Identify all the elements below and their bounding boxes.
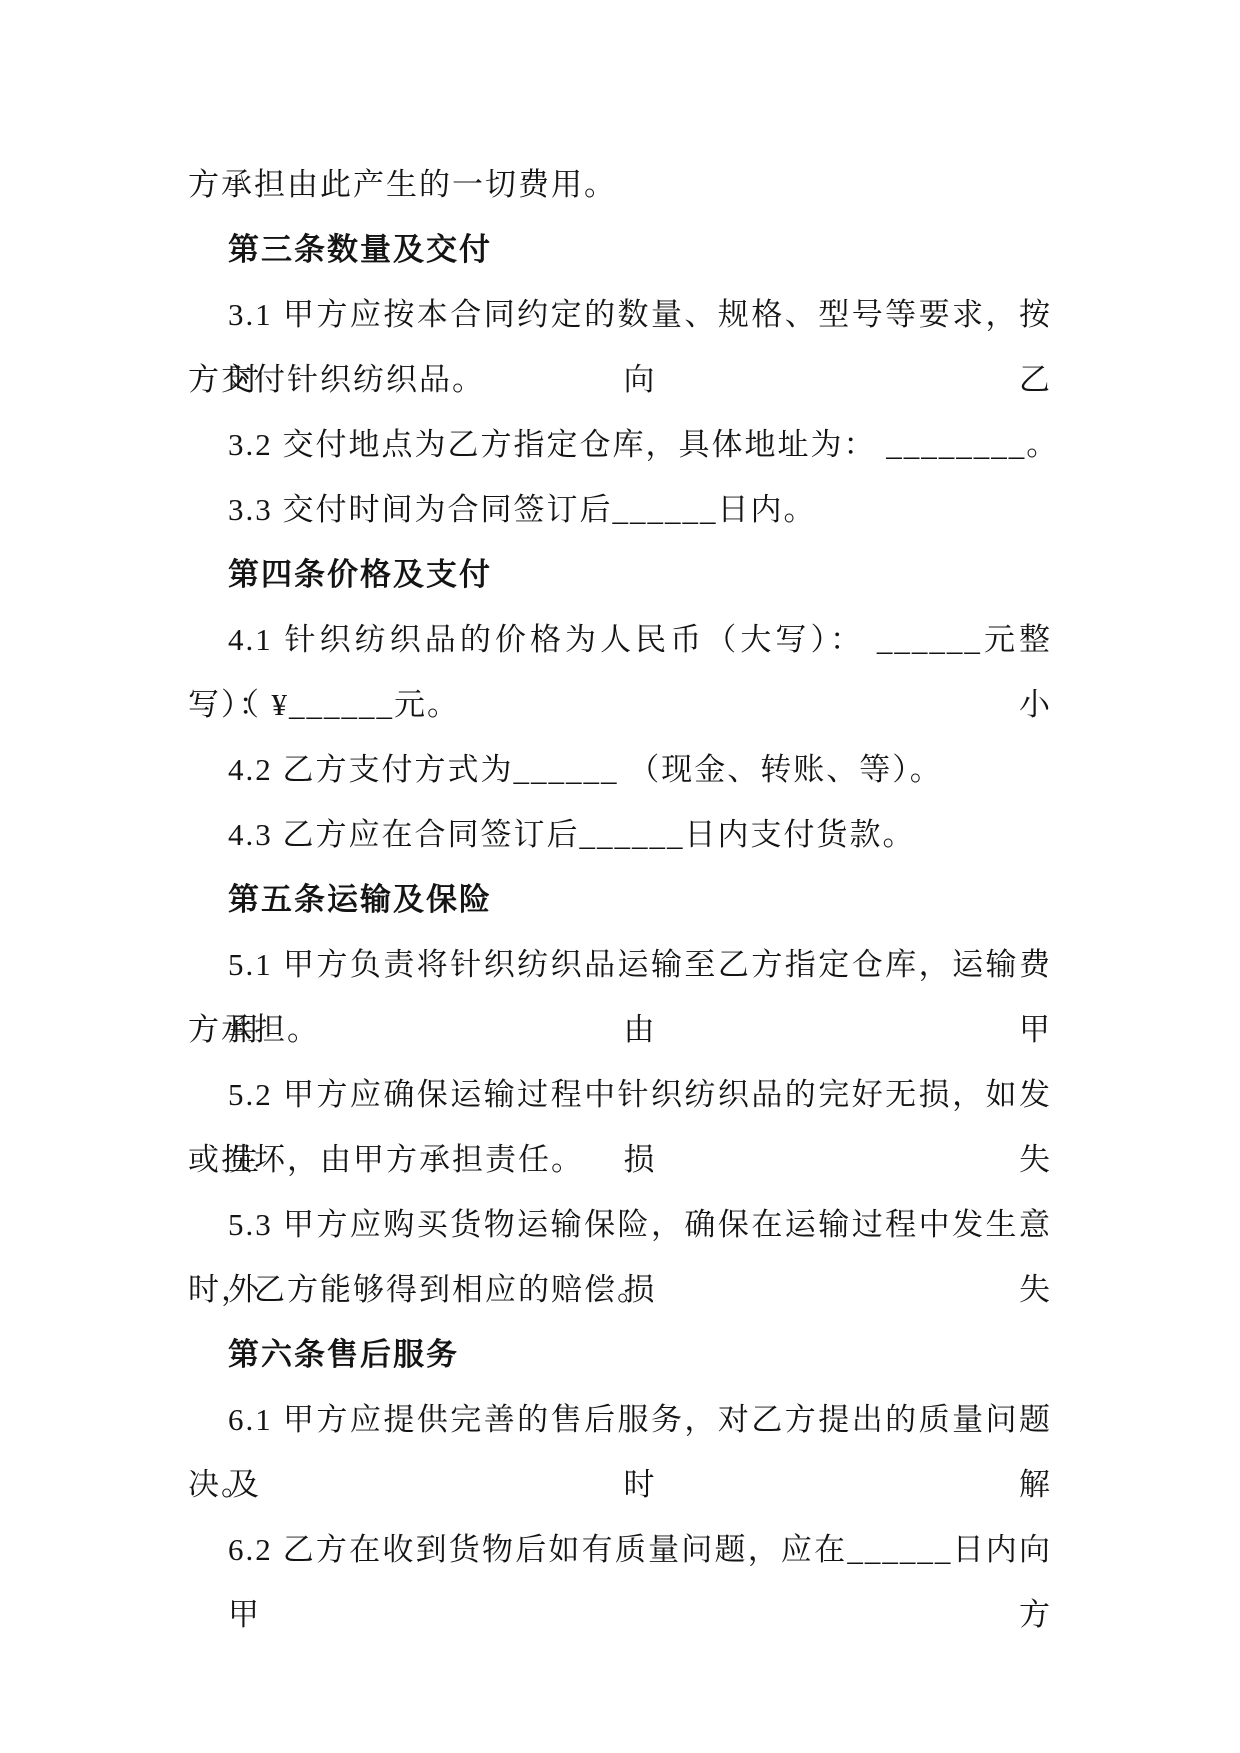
heading-article-6: 第六条售后服务 [188,1322,1052,1387]
heading-article-3: 第三条数量及交付 [188,217,1052,282]
clause-3-1-line-1: 3.1 甲方应按本合同约定的数量、规格、型号等要求，按时向乙 [188,282,1052,347]
clause-5-3-line-1: 5.3 甲方应购买货物运输保险，确保在运输过程中发生意外损失 [188,1192,1052,1257]
clause-4-3: 4.3 乙方应在合同签订后______日内支付货款。 [188,802,1052,867]
clause-6-1-line-1: 6.1 甲方应提供完善的售后服务，对乙方提出的质量问题及时解 [188,1387,1052,1452]
line-fees-continuation: 方承担由此产生的一切费用。 [188,152,1052,217]
clause-4-2: 4.2 乙方支付方式为______ （现金、转账、等）。 [188,737,1052,802]
heading-article-5: 第五条运输及保险 [188,867,1052,932]
heading-article-4: 第四条价格及支付 [188,542,1052,607]
clause-3-3: 3.3 交付时间为合同签订后______日内。 [188,477,1052,542]
clause-5-2-line-1: 5.2 甲方应确保运输过程中针织纺织品的完好无损，如发生损失 [188,1062,1052,1127]
clause-3-2: 3.2 交付地点为乙方指定仓库，具体地址为： ________。 [188,412,1052,477]
contract-page: 方承担由此产生的一切费用。 第三条数量及交付 3.1 甲方应按本合同约定的数量、… [0,0,1240,1582]
clause-6-2-line-1: 6.2 乙方在收到货物后如有质量问题，应在______日内向甲方 [188,1517,1052,1582]
clause-5-1-line-1: 5.1 甲方负责将针织纺织品运输至乙方指定仓库，运输费用由甲 [188,932,1052,997]
clause-4-1-line-1: 4.1 针织纺织品的价格为人民币（大写）： ______元整（小 [188,607,1052,672]
